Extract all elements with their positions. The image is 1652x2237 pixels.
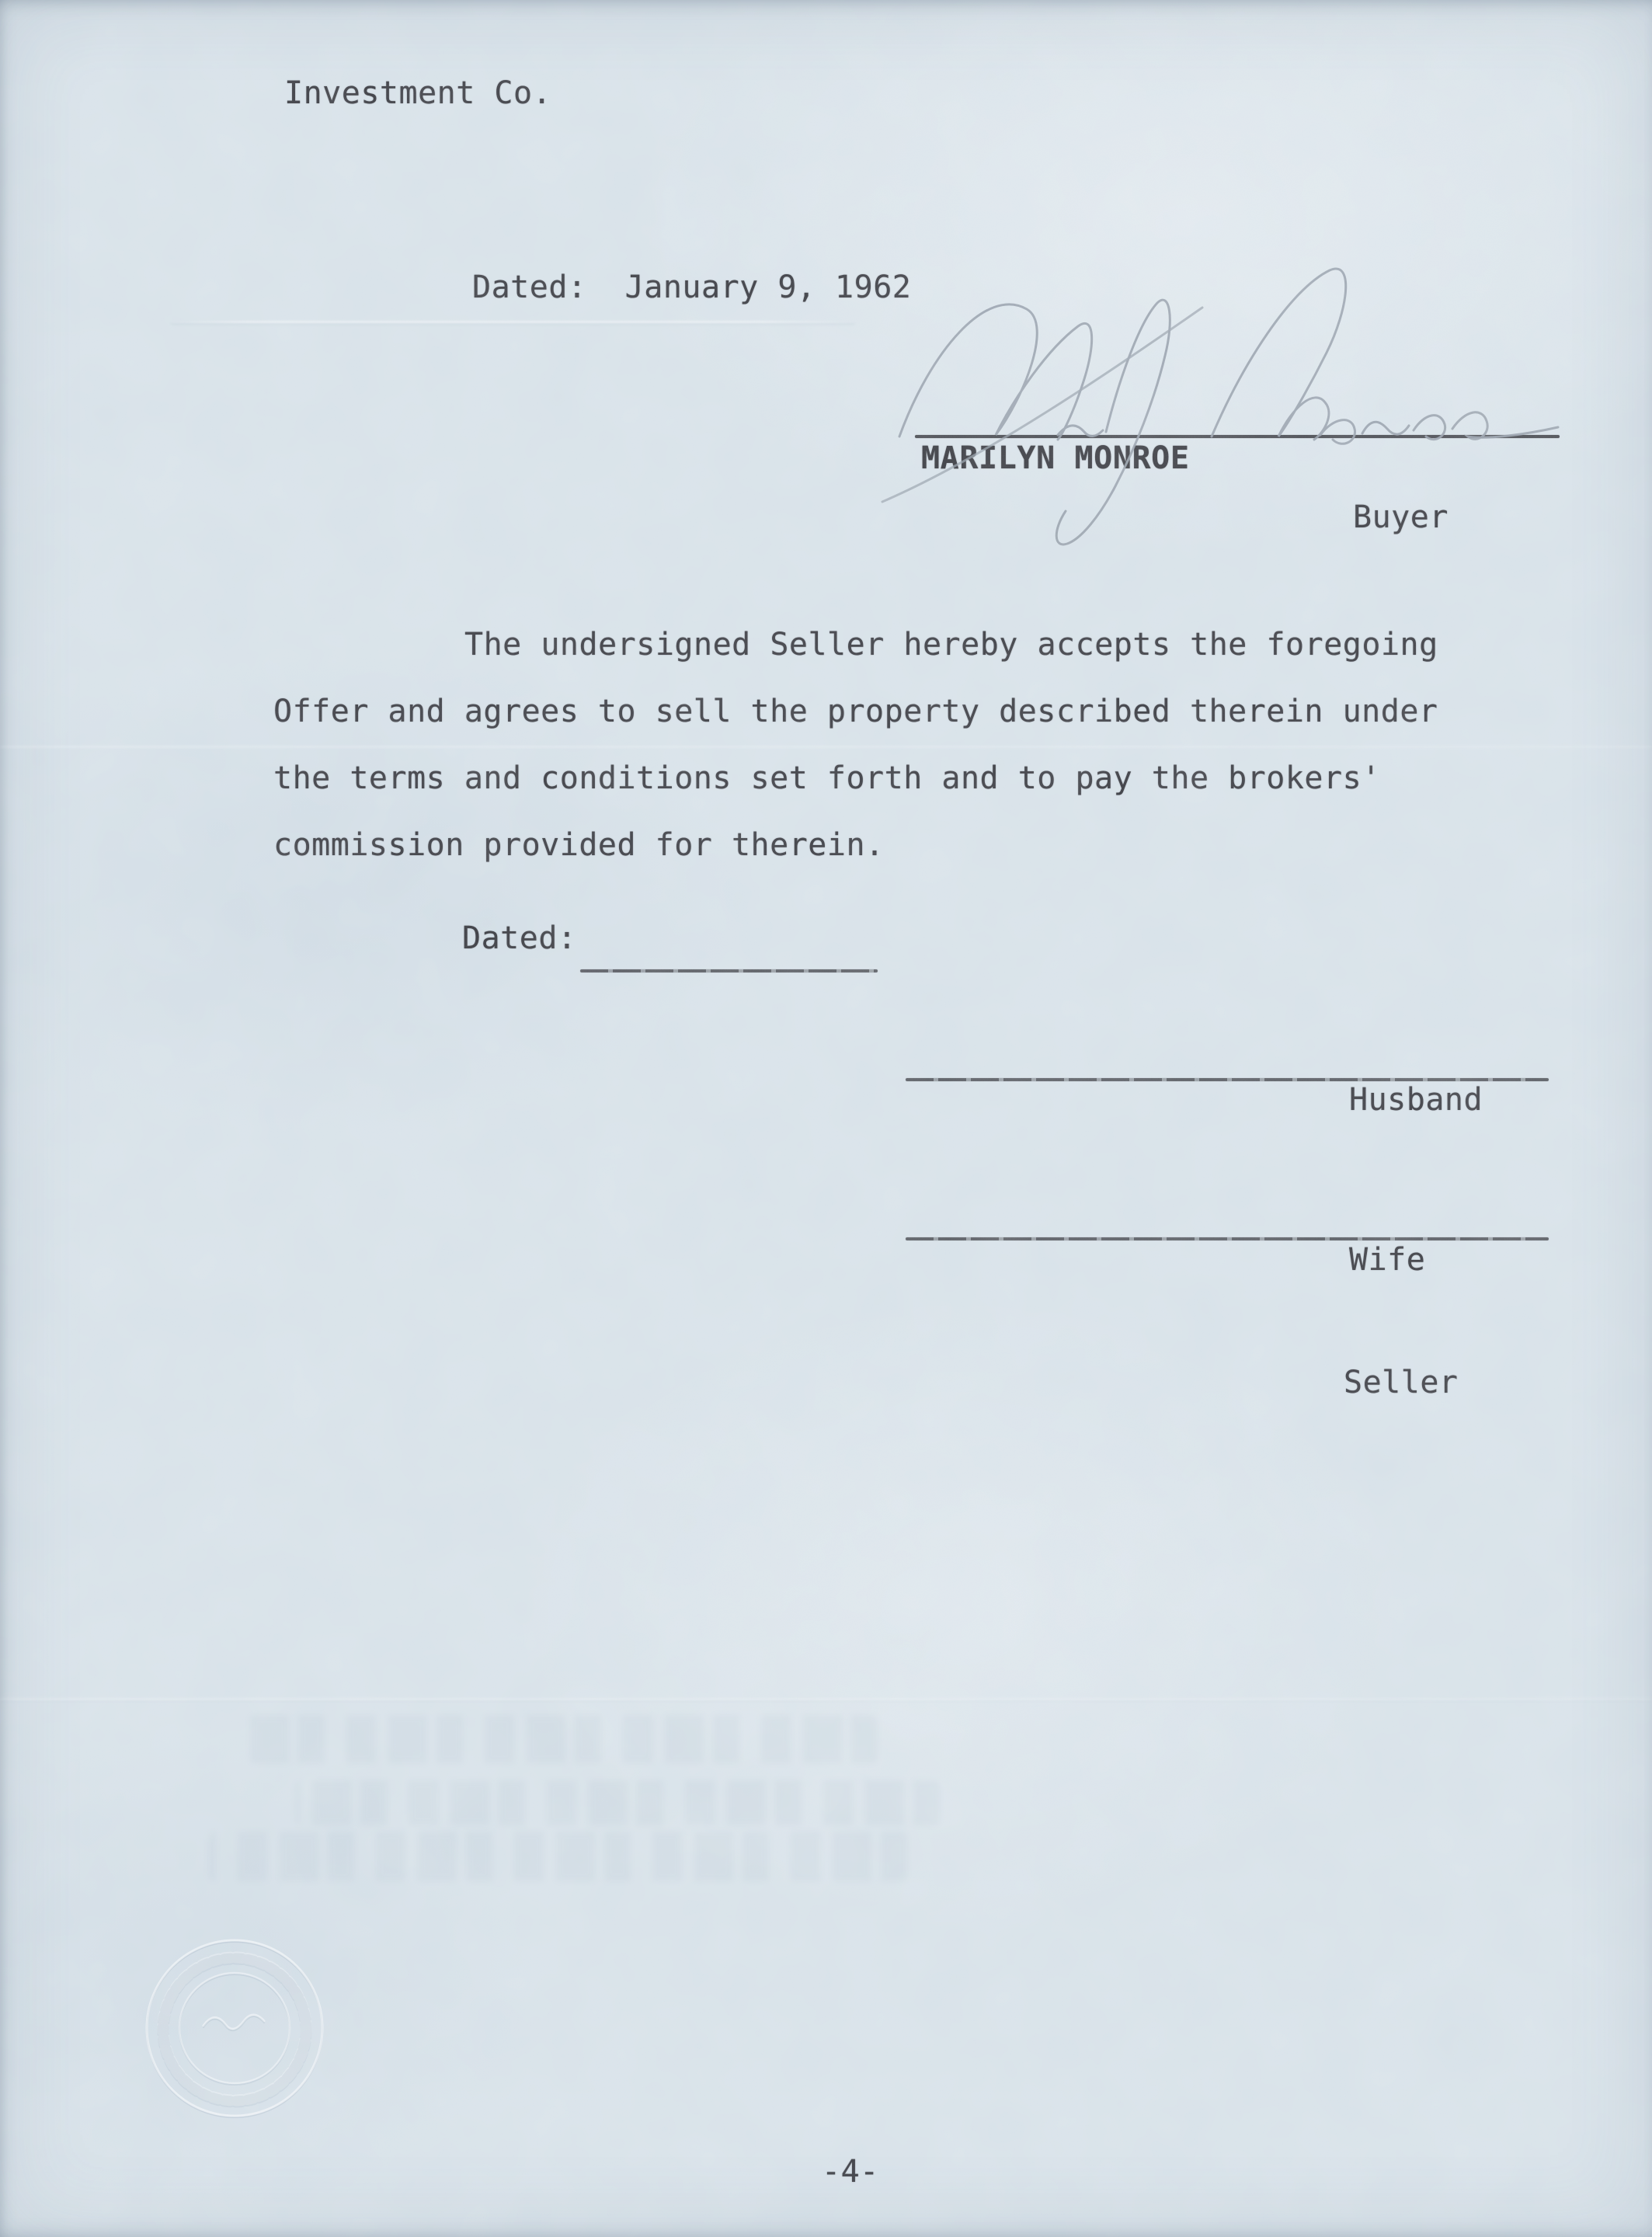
embossed-seal bbox=[147, 1940, 322, 2117]
buyer-dated-line: Dated: January 9, 1962 bbox=[472, 269, 911, 306]
paper-crease bbox=[0, 1698, 1652, 1700]
paper-crease bbox=[0, 746, 1652, 748]
seller-dated-label: Dated: bbox=[462, 920, 577, 957]
bleed-through-text bbox=[295, 1780, 940, 1825]
seller-label: Seller bbox=[1344, 1364, 1459, 1401]
paper-mottle-texture bbox=[0, 0, 1652, 2237]
document-page: Investment Co. Dated: January 9, 1962 MA… bbox=[0, 0, 1652, 2237]
paragraph-line: commission provided for therein. bbox=[273, 826, 885, 864]
bleed-through-text bbox=[249, 1715, 878, 1763]
buyer-typed-name: MARILYN MONROE bbox=[921, 440, 1190, 477]
page-number: -4- bbox=[822, 2153, 879, 2190]
bleed-through-text bbox=[208, 1832, 907, 1881]
paragraph-line: the terms and conditions set forth and t… bbox=[273, 760, 1381, 797]
paper-crease bbox=[171, 321, 854, 323]
seller-dated-underline bbox=[580, 969, 878, 972]
wife-signature-line bbox=[906, 1237, 1549, 1240]
paper-grain-texture bbox=[0, 0, 1652, 2237]
top-fragment-text: Investment Co. bbox=[284, 75, 551, 112]
buyer-role-label: Buyer bbox=[1353, 499, 1449, 536]
husband-label: Husband bbox=[1349, 1081, 1483, 1118]
overlay-graphics bbox=[0, 0, 1652, 2237]
paragraph-line: The undersigned Seller hereby accepts th… bbox=[464, 626, 1438, 663]
buyer-signature-underline bbox=[915, 435, 1560, 438]
wife-label: Wife bbox=[1349, 1241, 1425, 1279]
paragraph-line: Offer and agrees to sell the property de… bbox=[273, 693, 1438, 730]
marilyn-monroe-signature bbox=[882, 269, 1558, 544]
